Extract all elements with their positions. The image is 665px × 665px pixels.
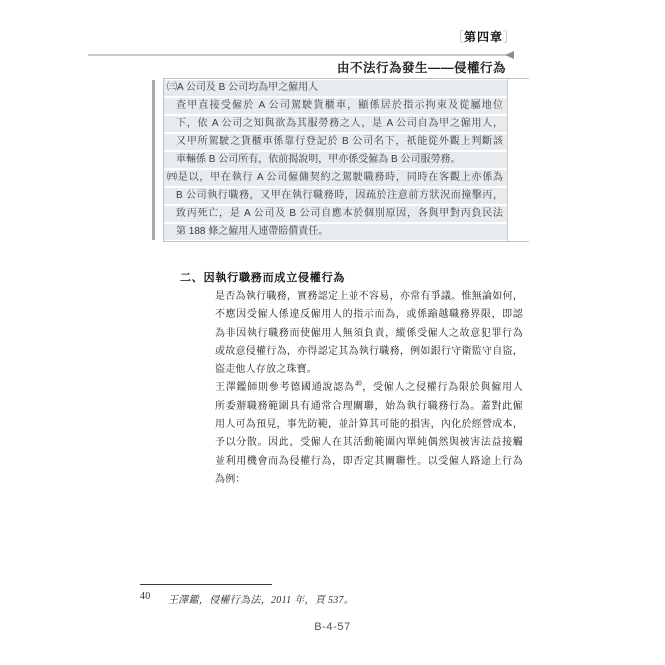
case-box-row: 致丙死亡，是 A 公司及 B 公司自應本於個別原因，各與甲對丙負民法 (164, 206, 507, 222)
case-box-rows: ㈢A 公司及 B 公司均為甲之僱用人 查甲直接受僱於 A 公司駕駛貨櫃車，顯係居… (164, 79, 528, 240)
body-line-text: ，受僱人之侵權行為限於與僱用人 (362, 382, 523, 393)
chapter-subtitle: 由不法行為發生——侵權行為 (337, 58, 506, 76)
header-rule (88, 54, 506, 56)
body-line: 並利用機會而為侵權行為，即否定其關聯性。以受僱人路途上行為 (215, 453, 523, 471)
chapter-bracket-left: ［ (452, 30, 464, 44)
footnote-number: 40 (140, 591, 168, 606)
body-line: 是否為執行職務，實務認定上並不容易，亦常有爭議。惟無論如何， (215, 288, 523, 306)
case-box: ㈢A 公司及 B 公司均為甲之僱用人 查甲直接受僱於 A 公司駕駛貨櫃車，顯係居… (163, 78, 529, 242)
body-line: 王澤鑑師則參考德國通說認為40，受僱人之侵權行為限於與僱用人 (215, 379, 523, 397)
arrow-left-icon (505, 51, 514, 59)
chapter-badge: ［第四章］ (452, 28, 515, 45)
body-line: 為非因執行職務而使僱用人無須負責，縱係受僱人之故意犯罪行為 (215, 325, 523, 343)
body-line: 不應因受僱人係違反僱用人的指示而為，或係踰越職務界限，即認 (215, 306, 523, 324)
footnote-text: 王澤鑑，侵權行為法，2011 年，頁 537。 (168, 591, 354, 606)
body-line: 予以分散。因此，受僱人在其活動範圍內單純偶然與被害法益接觸 (215, 434, 523, 452)
case-box-row: 下，依 A 公司之知與欲為其服勞務之人，是 A 公司自為甲之僱用人， (164, 116, 507, 132)
chapter-title: 第四章 (464, 30, 503, 44)
body-line-text: 王澤鑑師則參考德國通說認為 (215, 382, 355, 393)
body-line: 為例： (215, 471, 523, 489)
body-paragraphs: 是否為執行職務，實務認定上並不容易，亦常有爭議。惟無論如何， 不應因受僱人係違反… (215, 288, 523, 489)
section-heading: 二、因執行職務而成立侵權行為 (180, 269, 525, 288)
footnote: 40 王澤鑑，侵權行為法，2011 年，頁 537。 (140, 591, 540, 606)
case-box-row: B 公司執行職務，又甲在執行職務時，因疏於注意前方狀況而撞擊丙， (164, 188, 507, 204)
revision-bar (152, 80, 155, 240)
case-box-right-column (507, 79, 529, 241)
case-box-row: ㈢A 公司及 B 公司均為甲之僱用人 (164, 80, 507, 96)
case-box-row: 車輛係 B 公司所有，依前揭說明，甲亦係受僱為 B 公司服勞務。 (164, 152, 507, 168)
footnote-reference: 40 (355, 380, 362, 388)
case-box-row: 又甲所駕駛之貨櫃車係靠行登記於 B 公司名下，祇能從外觀上判斷該 (164, 134, 507, 150)
body-line: 用人可為預見，事先防範，並計算其可能的損害，內化於經營成本， (215, 416, 523, 434)
body-block: 二、因執行職務而成立侵權行為 是否為執行職務，實務認定上並不容易，亦常有爭議。惟… (180, 269, 525, 489)
body-line: 盜走他人存放之珠寶。 (215, 361, 523, 379)
case-box-row: ㈣是以，甲在執行 A 公司僱傭契約之駕駛職務時，同時在客觀上亦係為 (164, 170, 507, 186)
page-number: B-4-57 (0, 621, 665, 633)
body-line: 或故意侵權行為，亦得認定其為執行職務，例如銀行守衛監守自盜， (215, 343, 523, 361)
body-line: 所委辦職務範圍具有通常合理關聯，始為執行職務行為。蓋對此僱 (215, 398, 523, 416)
case-box-row: 查甲直接受僱於 A 公司駕駛貨櫃車，顯係居於指示拘束及從屬地位 (164, 98, 507, 114)
chapter-bracket-right: ］ (503, 30, 515, 44)
case-box-row: 第 188 條之僱用人連帶賠償責任。 (164, 224, 507, 240)
footnote-rule (140, 584, 272, 585)
